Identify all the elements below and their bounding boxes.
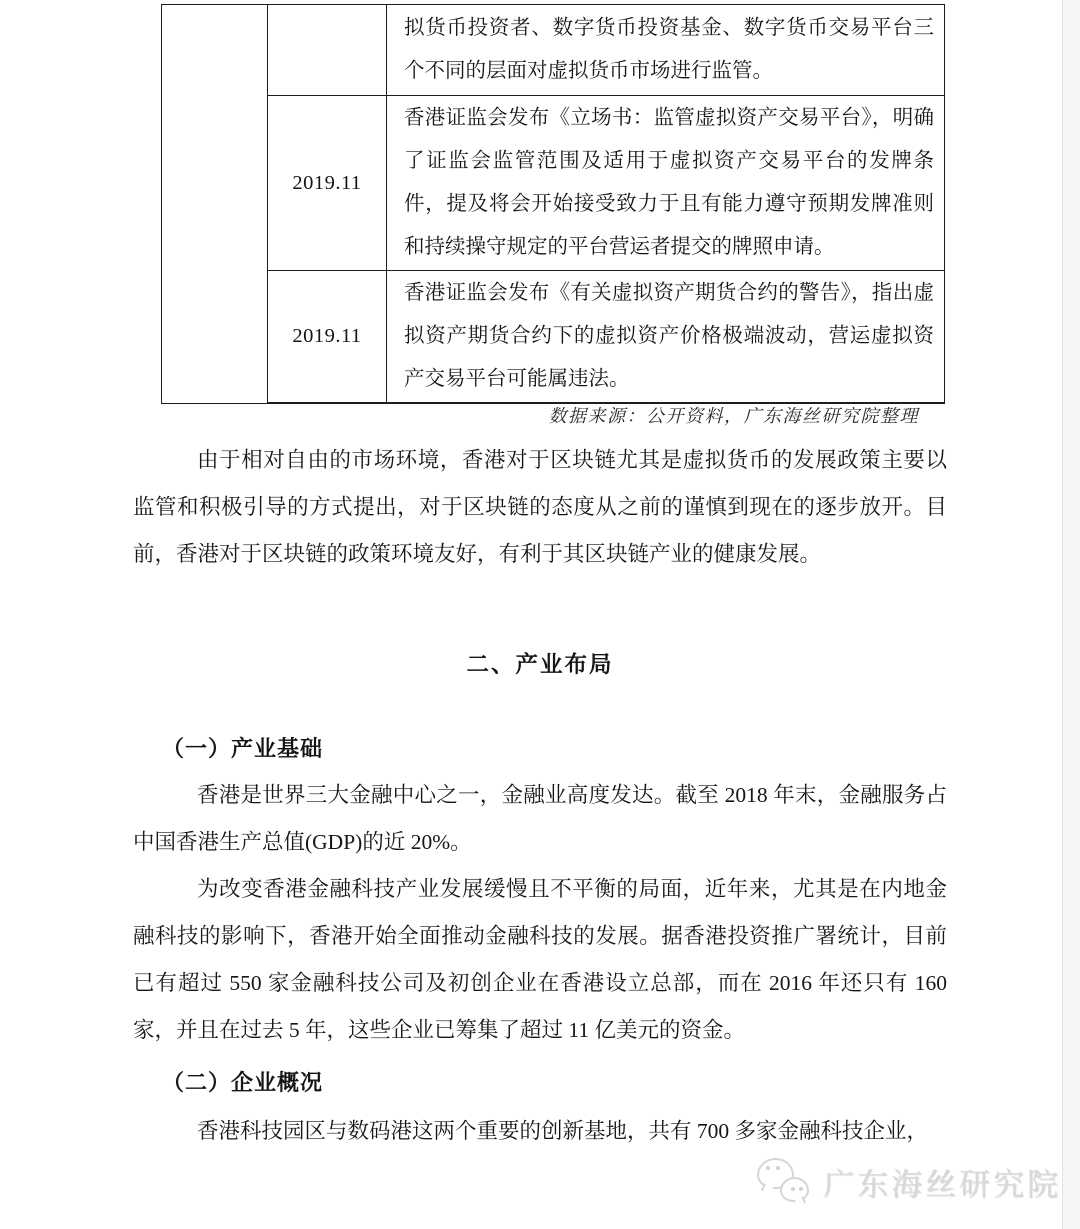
- paragraph-fintech-growth: 为改变香港金融科技产业发展缓慢且不平衡的局面，近年来，尤其是在内地金融科技的影响…: [133, 866, 947, 1054]
- policy-table: 拟货币投资者、数字货币投资基金、数字货币交易平台三个不同的层面对虚拟货币市场进行…: [161, 4, 945, 404]
- table-row: 2019.11 香港证监会发布《立场书：监管虚拟资产交易平台》，明确了证监会监管…: [162, 96, 945, 271]
- subsection-heading-industry-base: （一）产业基础: [162, 732, 323, 763]
- wechat-icon: [757, 1158, 811, 1204]
- table-cell-category-merged: [162, 5, 268, 404]
- section-heading: 二、产业布局: [133, 647, 947, 679]
- table-source-note-text: 数据来源：公开资料，广东海丝研究院整理: [549, 406, 920, 426]
- paragraph-policy-summary: 由于相对自由的市场环境，香港对于区块链尤其是虚拟货币的发展政策主要以监管和积极引…: [133, 437, 947, 578]
- paragraph-companies: 香港科技园区与数码港这两个重要的创新基地，共有 700 多家金融科技企业，: [133, 1108, 947, 1155]
- table-cell-date: [268, 5, 387, 96]
- table-cell-text: 香港证监会发布《立场书：监管虚拟资产交易平台》，明确了证监会监管范围及适用于虚拟…: [387, 96, 945, 271]
- table-source-note: 数据来源：公开资料，广东海丝研究院整理: [133, 402, 947, 428]
- subsection-heading-company-overview: （二）企业概况: [162, 1066, 323, 1097]
- document-page: 拟货币投资者、数字货币投资基金、数字货币交易平台三个不同的层面对虚拟货币市场进行…: [0, 0, 1080, 1229]
- paragraph-finance-base: 香港是世界三大金融中心之一，金融业高度发达。截至 2018 年末，金融服务占中国…: [133, 772, 947, 866]
- watermark: 广东海丝研究院: [757, 1155, 1061, 1207]
- watermark-label: 广东海丝研究院: [823, 1159, 1061, 1204]
- table-cell-date: 2019.11: [268, 271, 387, 404]
- table-cell-date: 2019.11: [268, 96, 387, 271]
- table-cell-text: 拟货币投资者、数字货币投资基金、数字货币交易平台三个不同的层面对虚拟货币市场进行…: [387, 5, 945, 96]
- table-row: 拟货币投资者、数字货币投资基金、数字货币交易平台三个不同的层面对虚拟货币市场进行…: [162, 5, 945, 96]
- scrollbar-track[interactable]: [1062, 0, 1080, 1229]
- table-cell-text: 香港证监会发布《有关虚拟资产期货合约的警告》，指出虚拟资产期货合约下的虚拟资产价…: [387, 271, 945, 404]
- table-row: 2019.11 香港证监会发布《有关虚拟资产期货合约的警告》，指出虚拟资产期货合…: [162, 271, 945, 404]
